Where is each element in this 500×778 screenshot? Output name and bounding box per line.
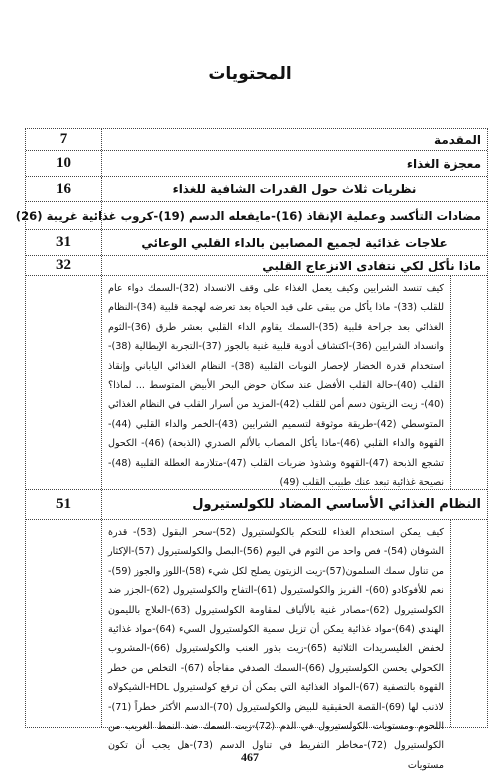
page-number: 31 [26,230,102,255]
entry-title: معجزة الغذاء [102,151,487,176]
entry-title: مضادات التأكسد وعملية الإنقاذ (16)-مايفع… [102,202,487,229]
subtopics-text: كيف يمكن استخدام الغذاء للتحكم بالكولستي… [102,520,451,727]
subtopics-cell: كيف يمكن استخدام الغذاء للتحكم بالكولستي… [102,520,487,727]
entry-title: علاجات غذائية لجميع المصابين بالداء القل… [102,230,487,255]
page-number [26,520,102,727]
toc-row: 7 المقدمة [26,129,487,151]
page-number: 51 [26,490,102,519]
toc-row: كيف تنسد الشرايين وكيف يعمل الغذاء على و… [26,276,487,490]
toc-row: مضادات التأكسد وعملية الإنقاذ (16)-مايفع… [26,202,487,230]
page-number-footer: 467 [0,750,500,765]
entry-title: المقدمة [102,129,487,150]
toc-row: كيف يمكن استخدام الغذاء للتحكم بالكولستي… [26,520,487,727]
page-number: 32 [26,256,102,275]
page-number [26,276,102,489]
table-of-contents: 7 المقدمة 10 معجزة الغذاء 16 نظريات ثلاث… [25,128,488,728]
toc-row: 32 ماذا نأكل لكي نتفادى الانزعاج القلبي [26,256,487,276]
toc-row: 10 معجزة الغذاء [26,151,487,177]
subtopics-text: كيف تنسد الشرايين وكيف يعمل الغذاء على و… [102,276,451,489]
entry-title: النظام الغذائي الأساسي المضاد للكولستيرو… [102,490,487,519]
page-number: 10 [26,151,102,176]
entry-title: ماذا نأكل لكي نتفادى الانزعاج القلبي [102,256,487,275]
toc-row: 16 نظريات ثلاث حول القدرات الشافية للغذا… [26,177,487,202]
toc-row: 31 علاجات غذائية لجميع المصابين بالداء ا… [26,230,487,256]
subtopics-cell: كيف تنسد الشرايين وكيف يعمل الغذاء على و… [102,276,487,489]
page-number: 16 [26,177,102,201]
entry-title: نظريات ثلاث حول القدرات الشافية للغذاء [102,177,487,201]
page-number: 7 [26,129,102,150]
page-heading: المحتويات [0,64,500,84]
toc-row: 51 النظام الغذائي الأساسي المضاد للكولست… [26,490,487,520]
